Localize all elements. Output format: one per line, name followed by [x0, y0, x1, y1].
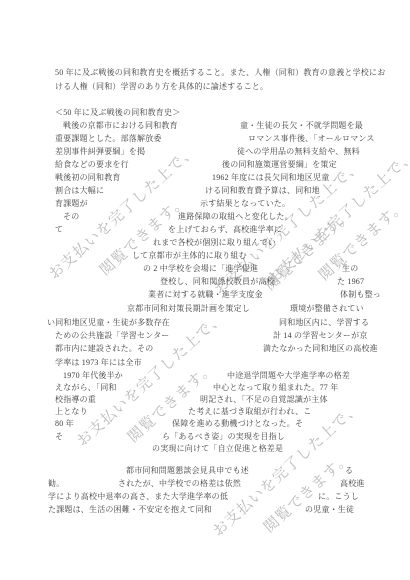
text-segment: 学により高校中退率の高さ、また大学進学率の低 — [48, 491, 228, 502]
text-line: れまで各校が個別に取り組んでい — [0, 237, 410, 248]
text-segment: 満たなかった同和地区の高校進 — [263, 343, 378, 354]
text-segment: 計 14 の学習センターが京 — [273, 330, 367, 341]
document-page: お支払いを完了した上で、閲覧できます。お支払いを完了した上で、閲覧できます。お支… — [0, 0, 410, 580]
text-line: 都市内に建設された。その満たなかった同和地区の高校進 — [0, 343, 410, 354]
text-line: 50 年に及ぶ戦後の同和教育史を概括すること。また、人権（同和）教育の意義と学校… — [0, 67, 410, 78]
text-line: ＜50 年に及ぶ戦後の同和教育史＞ — [0, 107, 410, 118]
text-line: 差別事件糾弾要綱」を掲徒への学用品の無料支給や、無料 — [0, 146, 410, 157]
text-line: 業者に対する就職・進学支度金体制も整っ — [0, 289, 410, 300]
text-segment: 同和地区内に、学習する — [279, 317, 369, 328]
text-segment: た課題は、生活の困難・不安定を抱えて同和 — [48, 504, 212, 515]
text-line: 給食などの要求を行後の同和施策運営要綱」を策定 — [0, 159, 410, 170]
text-segment: して京都市が主体的に取り組む — [132, 250, 247, 261]
text-segment: ら「あるべき姿」の実現を目指し — [162, 431, 285, 442]
text-segment: 明記され、「不足の自覚認識が主体 — [200, 394, 328, 405]
text-segment: 差別事件糾弾要綱」を掲 — [55, 146, 145, 157]
text-segment: 徒への学用品の無料支給や、無料 — [237, 146, 360, 157]
text-segment: ための公共施設「学習センター — [55, 330, 169, 341]
text-line: して京都市が主体的に取り組む — [0, 250, 410, 261]
text-line: そら「あるべき姿」の実現を目指し — [0, 431, 410, 442]
text-segment: を上げておらず、高校進学率に — [168, 224, 282, 235]
text-segment: 後の同和施策運営要綱」を策定 — [222, 159, 337, 170]
text-segment: 1970 年代後半か — [63, 370, 123, 381]
text-segment: 戦後の京都市における同和教育 — [63, 120, 178, 131]
text-segment: 都市内に建設された。その — [55, 343, 153, 354]
document-text-layer: 50 年に及ぶ戦後の同和教育史を概括すること。また、人権（同和）教育の意義と学校… — [0, 0, 410, 580]
text-segment: 京都市同和対策長期計画を策定し — [127, 303, 250, 314]
text-segment: 給食などの要求を行 — [55, 159, 129, 170]
text-segment: 体制も整っ — [340, 289, 381, 300]
text-line: 京都市同和対策長期計画を策定し環境が整備されてい — [0, 303, 410, 314]
text-line: 重要課題とした。部落解放委ロマンス事件後、「オールロマンス — [0, 133, 410, 144]
text-segment: 上となり — [55, 406, 88, 417]
text-segment: ロマンス事件後、「オールロマンス — [248, 133, 375, 144]
text-segment: の実現に向けて「自立促進と格差是 — [152, 443, 283, 454]
text-segment: えながら、「同和 — [55, 382, 117, 393]
text-segment: 保障を進める動機づけとなった。そ — [172, 418, 303, 429]
text-segment: 勧。 — [48, 478, 64, 489]
text-line: 育課題が示す結果となっていた。 — [0, 198, 410, 209]
text-segment: 戦後初の同和教育 — [55, 172, 121, 183]
text-segment: に。こうし — [318, 491, 359, 502]
text-segment: 1962 年度には長欠同和地区児童 — [212, 172, 329, 183]
text-line: た課題は、生活の困難・不安定を抱えて同和の児童・生徒 — [0, 504, 410, 515]
text-segment: い同和地区児童・生徒が多数存在 — [47, 317, 170, 328]
text-segment: 示す結果となっていた。 — [200, 198, 290, 209]
text-segment: 50 年に及ぶ戦後の同和教育史を概括すること。また、人権（同和）教育の意義と学校… — [55, 67, 385, 78]
text-line: 都市同和問題懇談会見具申でも述る — [0, 465, 410, 476]
text-segment: 生の — [342, 263, 358, 274]
text-segment: 都市同和問題懇談会見具申でも述 — [126, 465, 249, 476]
text-segment: 80 年 — [55, 418, 74, 429]
text-line: 勧。されたが、中学校での格差は依然高校進 — [0, 478, 410, 489]
text-line: 80 年保障を進める動機づけとなった。そ — [0, 418, 410, 429]
text-line: 学率は 1973 年には全市 — [0, 357, 410, 368]
text-segment: ＜50 年に及ぶ戦後の同和教育史＞ — [55, 107, 180, 118]
text-segment: の児童・生徒 — [305, 504, 354, 515]
text-line: 校指導の重明記され、「不足の自覚認識が主体 — [0, 394, 410, 405]
text-segment: て — [55, 224, 63, 235]
text-line: 学により高校中退率の高さ、また大学進学率の低に。こうし — [0, 491, 410, 502]
text-line: 1970 年代後半か中途退学問題や大学進学率の格差 — [0, 370, 410, 381]
text-line: 戦後初の同和教育1962 年度には長欠同和地区児童 — [0, 172, 410, 183]
text-line: い同和地区児童・生徒が多数存在同和地区内に、学習する — [0, 317, 410, 328]
text-line: ける人権（同和）学習のあり方を具体的に論述すること。 — [0, 81, 410, 92]
text-segment: 割合は大幅に — [55, 185, 104, 196]
text-segment: た考えに基づき取組が行われ、こ — [188, 406, 311, 417]
text-segment: 重要課題とした。部落解放委 — [55, 133, 162, 144]
text-segment: 業者に対する就職・進学支度金 — [148, 289, 263, 300]
text-segment: た 1967 — [337, 276, 364, 287]
text-segment: 高校進 — [340, 478, 365, 489]
text-segment: 学率は 1973 年には全市 — [55, 357, 142, 368]
text-segment: 中心となって取り組まれた。77 年 — [213, 382, 338, 393]
text-segment: その — [63, 211, 79, 222]
text-segment: されたが、中学校での格差は依然 — [118, 478, 241, 489]
text-segment: ける人権（同和）学習のあり方を具体的に論述すること。 — [55, 81, 268, 92]
text-segment: 校指導の重 — [55, 394, 96, 405]
text-line: てを上げておらず、高校進学率に — [0, 224, 410, 235]
text-segment: 登校し、同和関係校教員が高校 — [160, 276, 275, 287]
text-segment: る — [345, 465, 353, 476]
text-segment: 環境が整備されてい — [290, 303, 364, 314]
text-line: えながら、「同和中心となって取り組まれた。77 年 — [0, 382, 410, 393]
text-segment: ける同和教育費予算は、同和地 — [205, 185, 320, 196]
text-line: の 2 中学校を会場に「進学促進生の — [0, 263, 410, 274]
text-line: 登校し、同和関係校教員が高校た 1967 — [0, 276, 410, 287]
text-line: 割合は大幅にける同和教育費予算は、同和地 — [0, 185, 410, 196]
text-segment: 童・生徒の長欠・不就学問題を最 — [240, 120, 363, 131]
text-segment: の 2 中学校を会場に「進学促進 — [143, 263, 258, 274]
text-line: 上となりた考えに基づき取組が行われ、こ — [0, 406, 410, 417]
text-segment: そ — [55, 431, 63, 442]
text-segment: 進路保障の取組へと変化した。 — [178, 211, 293, 222]
text-line: その進路保障の取組へと変化した。 — [0, 211, 410, 222]
text-line: の実現に向けて「自立促進と格差是 — [0, 443, 410, 454]
text-segment: 育課題が — [55, 198, 88, 209]
text-line: ための公共施設「学習センター計 14 の学習センターが京 — [0, 330, 410, 341]
text-line: 戦後の京都市における同和教育童・生徒の長欠・不就学問題を最 — [0, 120, 410, 131]
text-segment: れまで各校が個別に取り組んでい — [153, 237, 276, 248]
text-segment: 中途退学問題や大学進学率の格差 — [227, 370, 350, 381]
